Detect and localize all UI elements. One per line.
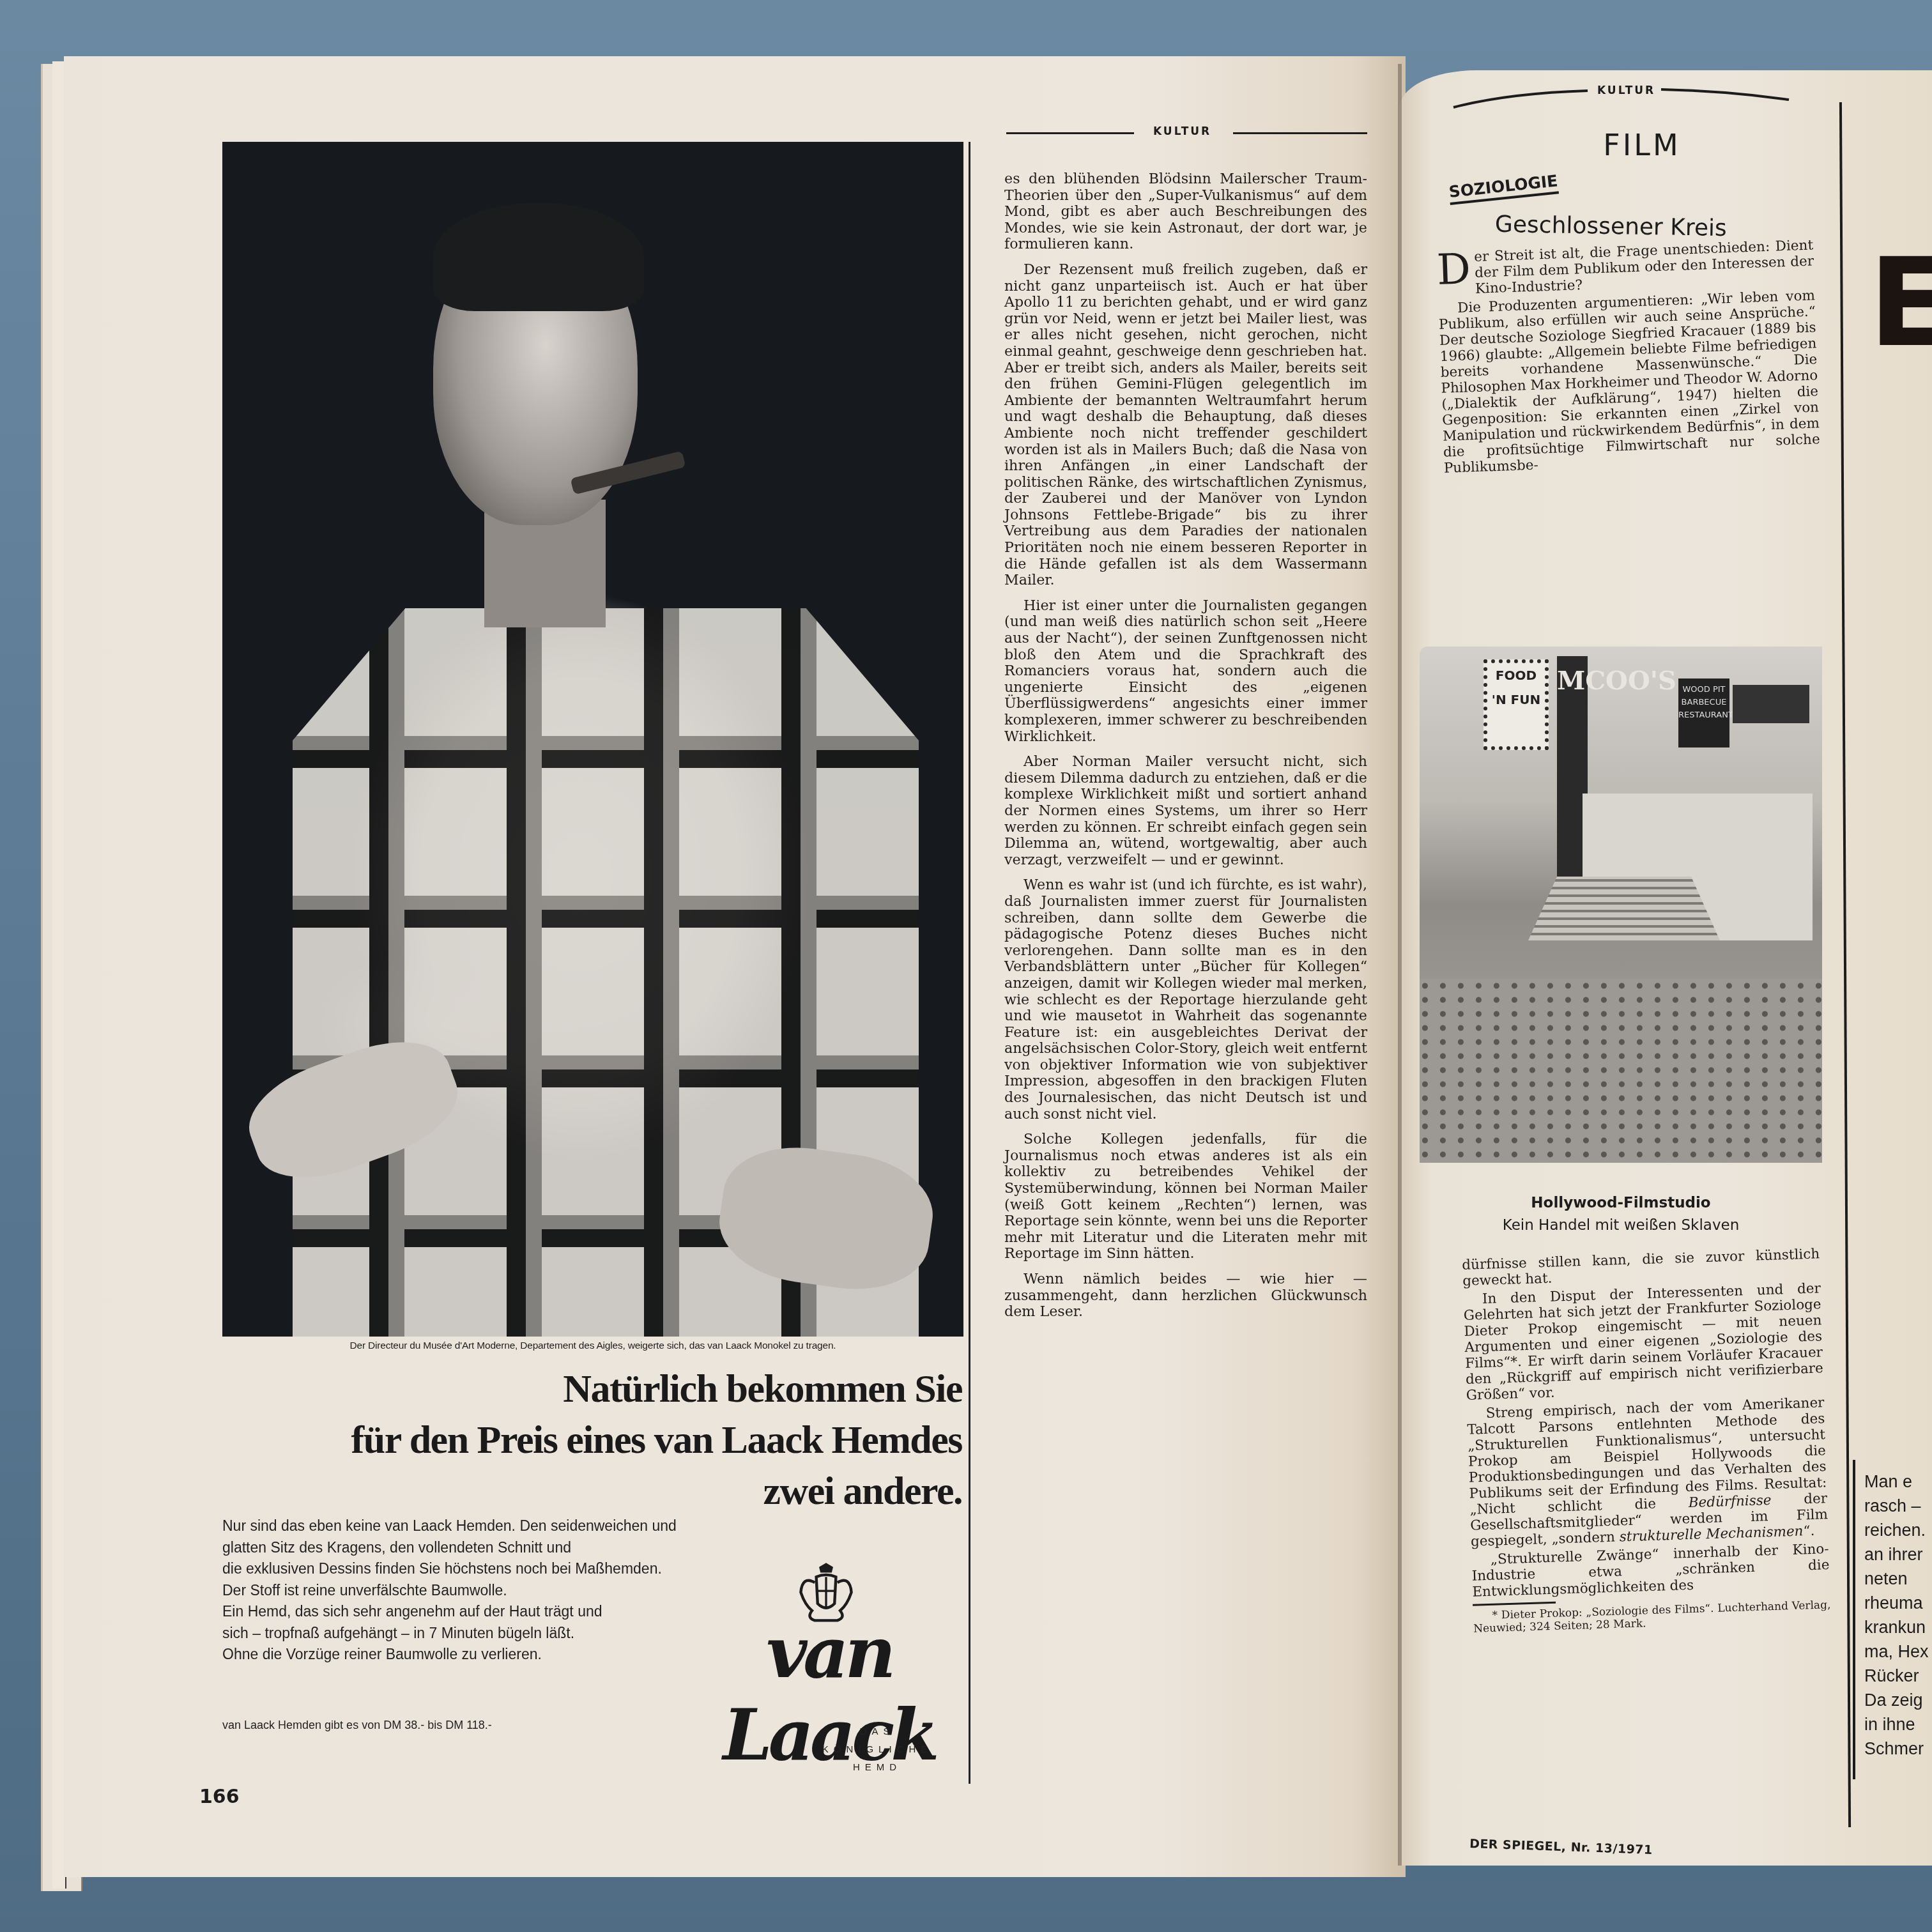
paragraph: Wenn nämlich beides — wie hier — zusamme… bbox=[1004, 1271, 1367, 1321]
text-line: in ihne bbox=[1864, 1712, 1932, 1736]
hollywood-street-photo: FOOD 'N FUN MCOO'S WOOD PIT BARBECUE RES… bbox=[1420, 647, 1822, 1163]
header-rule bbox=[1006, 132, 1134, 134]
tagline-line: KÖNIGLICHE bbox=[797, 1741, 957, 1759]
text-line: Da zeig bbox=[1864, 1688, 1932, 1712]
headline-line: zwei andere. bbox=[221, 1466, 962, 1517]
hair bbox=[433, 203, 644, 311]
photo-caption-subtitle: Kein Handel mit weißen Sklaven bbox=[1420, 1217, 1822, 1234]
paragraph: Solche Kollegen jedenfalls, für die Jour… bbox=[1004, 1131, 1367, 1262]
next-page-text: Man e rasch – reichen. an ihrer neten rh… bbox=[1864, 1469, 1932, 1761]
section-label: KULTUR bbox=[1153, 125, 1211, 138]
photo-caption-title: Hollywood-Filmstudio bbox=[1420, 1195, 1822, 1211]
ad-photo-caption: Der Directeur du Musée d'Art Moderne, De… bbox=[222, 1340, 963, 1352]
text-line: rheuma bbox=[1864, 1591, 1932, 1615]
footnote-rule bbox=[1473, 1602, 1556, 1606]
section-label: KULTUR bbox=[1597, 84, 1655, 97]
text-line: an ihrer bbox=[1864, 1542, 1932, 1567]
paragraph: Hier ist einer unter die Journalisten ge… bbox=[1004, 598, 1367, 745]
page-number: 166 bbox=[199, 1786, 240, 1808]
paragraph: es den blühenden Blödsinn Mailerscher Tr… bbox=[1004, 171, 1367, 253]
ad-headline: Natürlich bekommen Sie für den Preis ein… bbox=[221, 1363, 962, 1517]
text-line: krankun bbox=[1864, 1615, 1932, 1639]
text-line: Schmer bbox=[1864, 1736, 1932, 1761]
body-line: Der Stoff ist reine unverfälschte Baumwo… bbox=[222, 1580, 797, 1602]
drop-cap: D bbox=[1436, 252, 1475, 287]
department-title: FILM bbox=[1450, 128, 1834, 162]
paragraph: Streng empirisch, nach der vom Amerikane… bbox=[1466, 1395, 1828, 1549]
text-span: “. bbox=[1803, 1523, 1815, 1540]
body-line: glatten Sitz des Kragens, den vollendete… bbox=[222, 1537, 797, 1559]
billboard bbox=[1733, 685, 1809, 723]
article-column-mailer-review: es den blühenden Blödsinn Mailerscher Tr… bbox=[1004, 171, 1367, 1330]
sign-wood-pit-barbecue: WOOD PIT BARBECUE RESTAURANT bbox=[1678, 678, 1729, 747]
text-span: Streng empirisch, nach der vom Amerikane… bbox=[1467, 1395, 1827, 1518]
street-with-bodies bbox=[1420, 979, 1822, 1163]
paragraph: Der Rezensent muß freilich zugeben, daß … bbox=[1004, 262, 1367, 589]
page-gutter bbox=[1398, 64, 1402, 1866]
van-laack-advertisement: Der Directeur du Musée d'Art Moderne, De… bbox=[222, 142, 970, 1784]
article-column-film-continuation: dürfnisse stillen kann, die sie zuvor kü… bbox=[1462, 1246, 1831, 1637]
headline-line: für den Preis eines van Laack Hemdes bbox=[221, 1414, 962, 1466]
paragraph: In den Disput der Interessenten und der … bbox=[1463, 1280, 1824, 1404]
next-page-headline-fragment: E bbox=[1869, 243, 1932, 364]
paragraph: Aber Norman Mailer versucht nicht, sich … bbox=[1004, 754, 1367, 868]
sign-food-n-fun: FOOD 'N FUN bbox=[1483, 659, 1549, 750]
text-line: ma, Hex bbox=[1864, 1639, 1932, 1664]
article-title: Geschlossener Kreis bbox=[1495, 211, 1728, 241]
section-header-kultur: KULTUR bbox=[1006, 125, 1367, 141]
tagline-line: DAS bbox=[797, 1723, 957, 1741]
ad-price-line: van Laack Hemden gibt es von DM 38.- bis… bbox=[222, 1719, 492, 1732]
logo-tagline: DAS KÖNIGLICHE HEMD bbox=[797, 1723, 957, 1777]
section-header-kultur-right: KULTUR bbox=[1450, 83, 1795, 109]
body-line: die exklusiven Dessins finden Sie höchst… bbox=[222, 1558, 797, 1580]
paragraph: „Strukturelle Zwänge“ innerhalb der Kino… bbox=[1471, 1541, 1830, 1600]
paragraph: Wenn es wahr ist (und ich fürchte, es is… bbox=[1004, 877, 1367, 1123]
article-column-film-intro: Der Streit ist alt, die Frage unentschie… bbox=[1436, 237, 1821, 479]
striped-roof bbox=[1528, 877, 1720, 940]
tagline-line: HEMD bbox=[797, 1759, 957, 1777]
text-line: reichen. bbox=[1864, 1518, 1932, 1542]
body-line: Nur sind das eben keine van Laack Hemden… bbox=[222, 1515, 797, 1537]
ad-photo-man-with-cigar bbox=[222, 142, 963, 1337]
paragraph: Die Produzenten argumentieren: „Wir lebe… bbox=[1438, 287, 1821, 476]
text-line: neten bbox=[1864, 1567, 1932, 1591]
text-line: rasch – bbox=[1864, 1494, 1932, 1518]
text-line: Rücker bbox=[1864, 1664, 1932, 1688]
text-line: Man e bbox=[1864, 1469, 1932, 1494]
headline-line: Natürlich bekommen Sie bbox=[221, 1363, 962, 1414]
header-rule bbox=[1233, 132, 1367, 134]
